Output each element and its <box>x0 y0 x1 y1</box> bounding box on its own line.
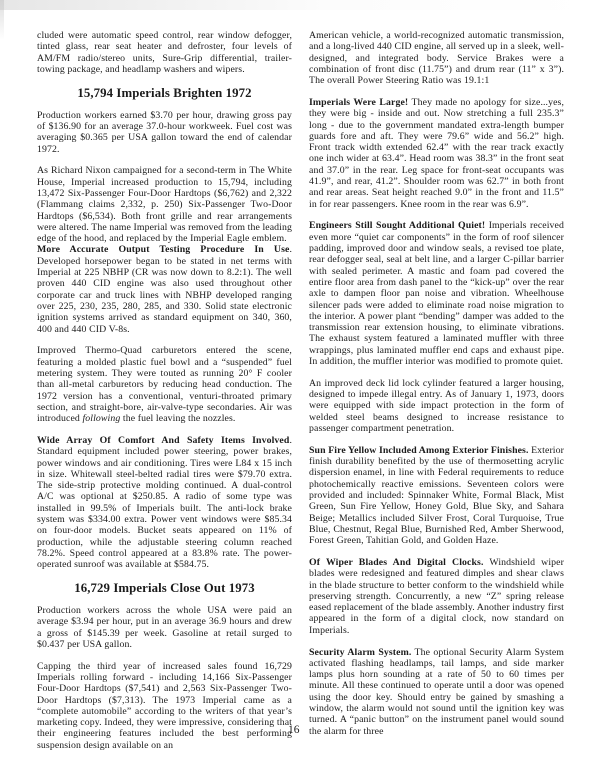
paragraph-text: . Standard equipment included power stee… <box>37 435 292 570</box>
document-page-body: cluded were automatic speed control, rea… <box>37 30 564 762</box>
paragraph: As Richard Nixon campaigned for a second… <box>37 165 292 244</box>
run-in-heading: Security Alarm System. <box>309 647 411 658</box>
paragraph: Production workers across the whole USA … <box>37 605 292 650</box>
run-in-heading: Of Wiper Blades And Digital Clocks. <box>309 557 484 568</box>
paragraph-text: Exterior finish durability benefited by … <box>309 445 564 546</box>
section-heading-1973: 16,729 Imperials Close Out 1973 <box>37 581 292 596</box>
paragraph: Production workers earned $3.70 per hour… <box>37 110 292 155</box>
paragraph-continuation: American vehicle, a world-recognized aut… <box>309 30 564 86</box>
left-column: cluded were automatic speed control, rea… <box>37 30 292 762</box>
paragraph-text: Imperials received even more “quiet car … <box>309 220 564 367</box>
paragraph: Of Wiper Blades And Digital Clocks. Wind… <box>309 557 564 636</box>
paragraph: Sun Fire Yellow Included Among Exterior … <box>309 445 564 547</box>
run-in-heading: More Accurate Output Testing Procedure I… <box>37 244 289 255</box>
paragraph: Imperials Were Large! They made no apolo… <box>309 97 564 210</box>
paragraph-text: . Developed horsepower began to be state… <box>37 244 292 334</box>
right-column: American vehicle, a world-recognized aut… <box>309 30 564 762</box>
paragraph-continuation: cluded were automatic speed control, rea… <box>37 30 292 75</box>
paragraph-text: The optional Security Alarm System activ… <box>309 647 564 737</box>
run-in-heading: Engineers Still Sought Additional Quiet! <box>309 220 485 231</box>
run-in-heading: Imperials Were Large! <box>309 97 408 108</box>
paragraph: Capping the third year of increased sale… <box>37 661 292 751</box>
paragraph-text: the fuel leaving the nozzles. <box>120 413 235 424</box>
scan-edge-artifact <box>0 0 4 40</box>
scan-edge-artifact <box>0 0 594 10</box>
section-heading-1972: 15,794 Imperials Brighten 1972 <box>37 86 292 101</box>
paragraph: Security Alarm System. The optional Secu… <box>309 647 564 737</box>
paragraph: Engineers Still Sought Additional Quiet!… <box>309 220 564 367</box>
paragraph: An improved deck lid lock cylinder featu… <box>309 378 564 434</box>
paragraph-text: They made no apology for size...yes, the… <box>309 97 564 210</box>
run-in-heading: Sun Fire Yellow Included Among Exterior … <box>309 445 529 456</box>
run-in-heading: Wide Array Of Comfort And Safety Items I… <box>37 435 289 446</box>
paragraph: Wide Array Of Comfort And Safety Items I… <box>37 435 292 571</box>
paragraph: More Accurate Output Testing Procedure I… <box>37 244 292 334</box>
paragraph: Improved Thermo-Quad carburetors entered… <box>37 345 292 424</box>
paragraph-text: Windshield wiper blades were redesigned … <box>309 557 564 636</box>
page-number: 16 <box>288 724 300 736</box>
italic-word: following <box>82 413 120 424</box>
